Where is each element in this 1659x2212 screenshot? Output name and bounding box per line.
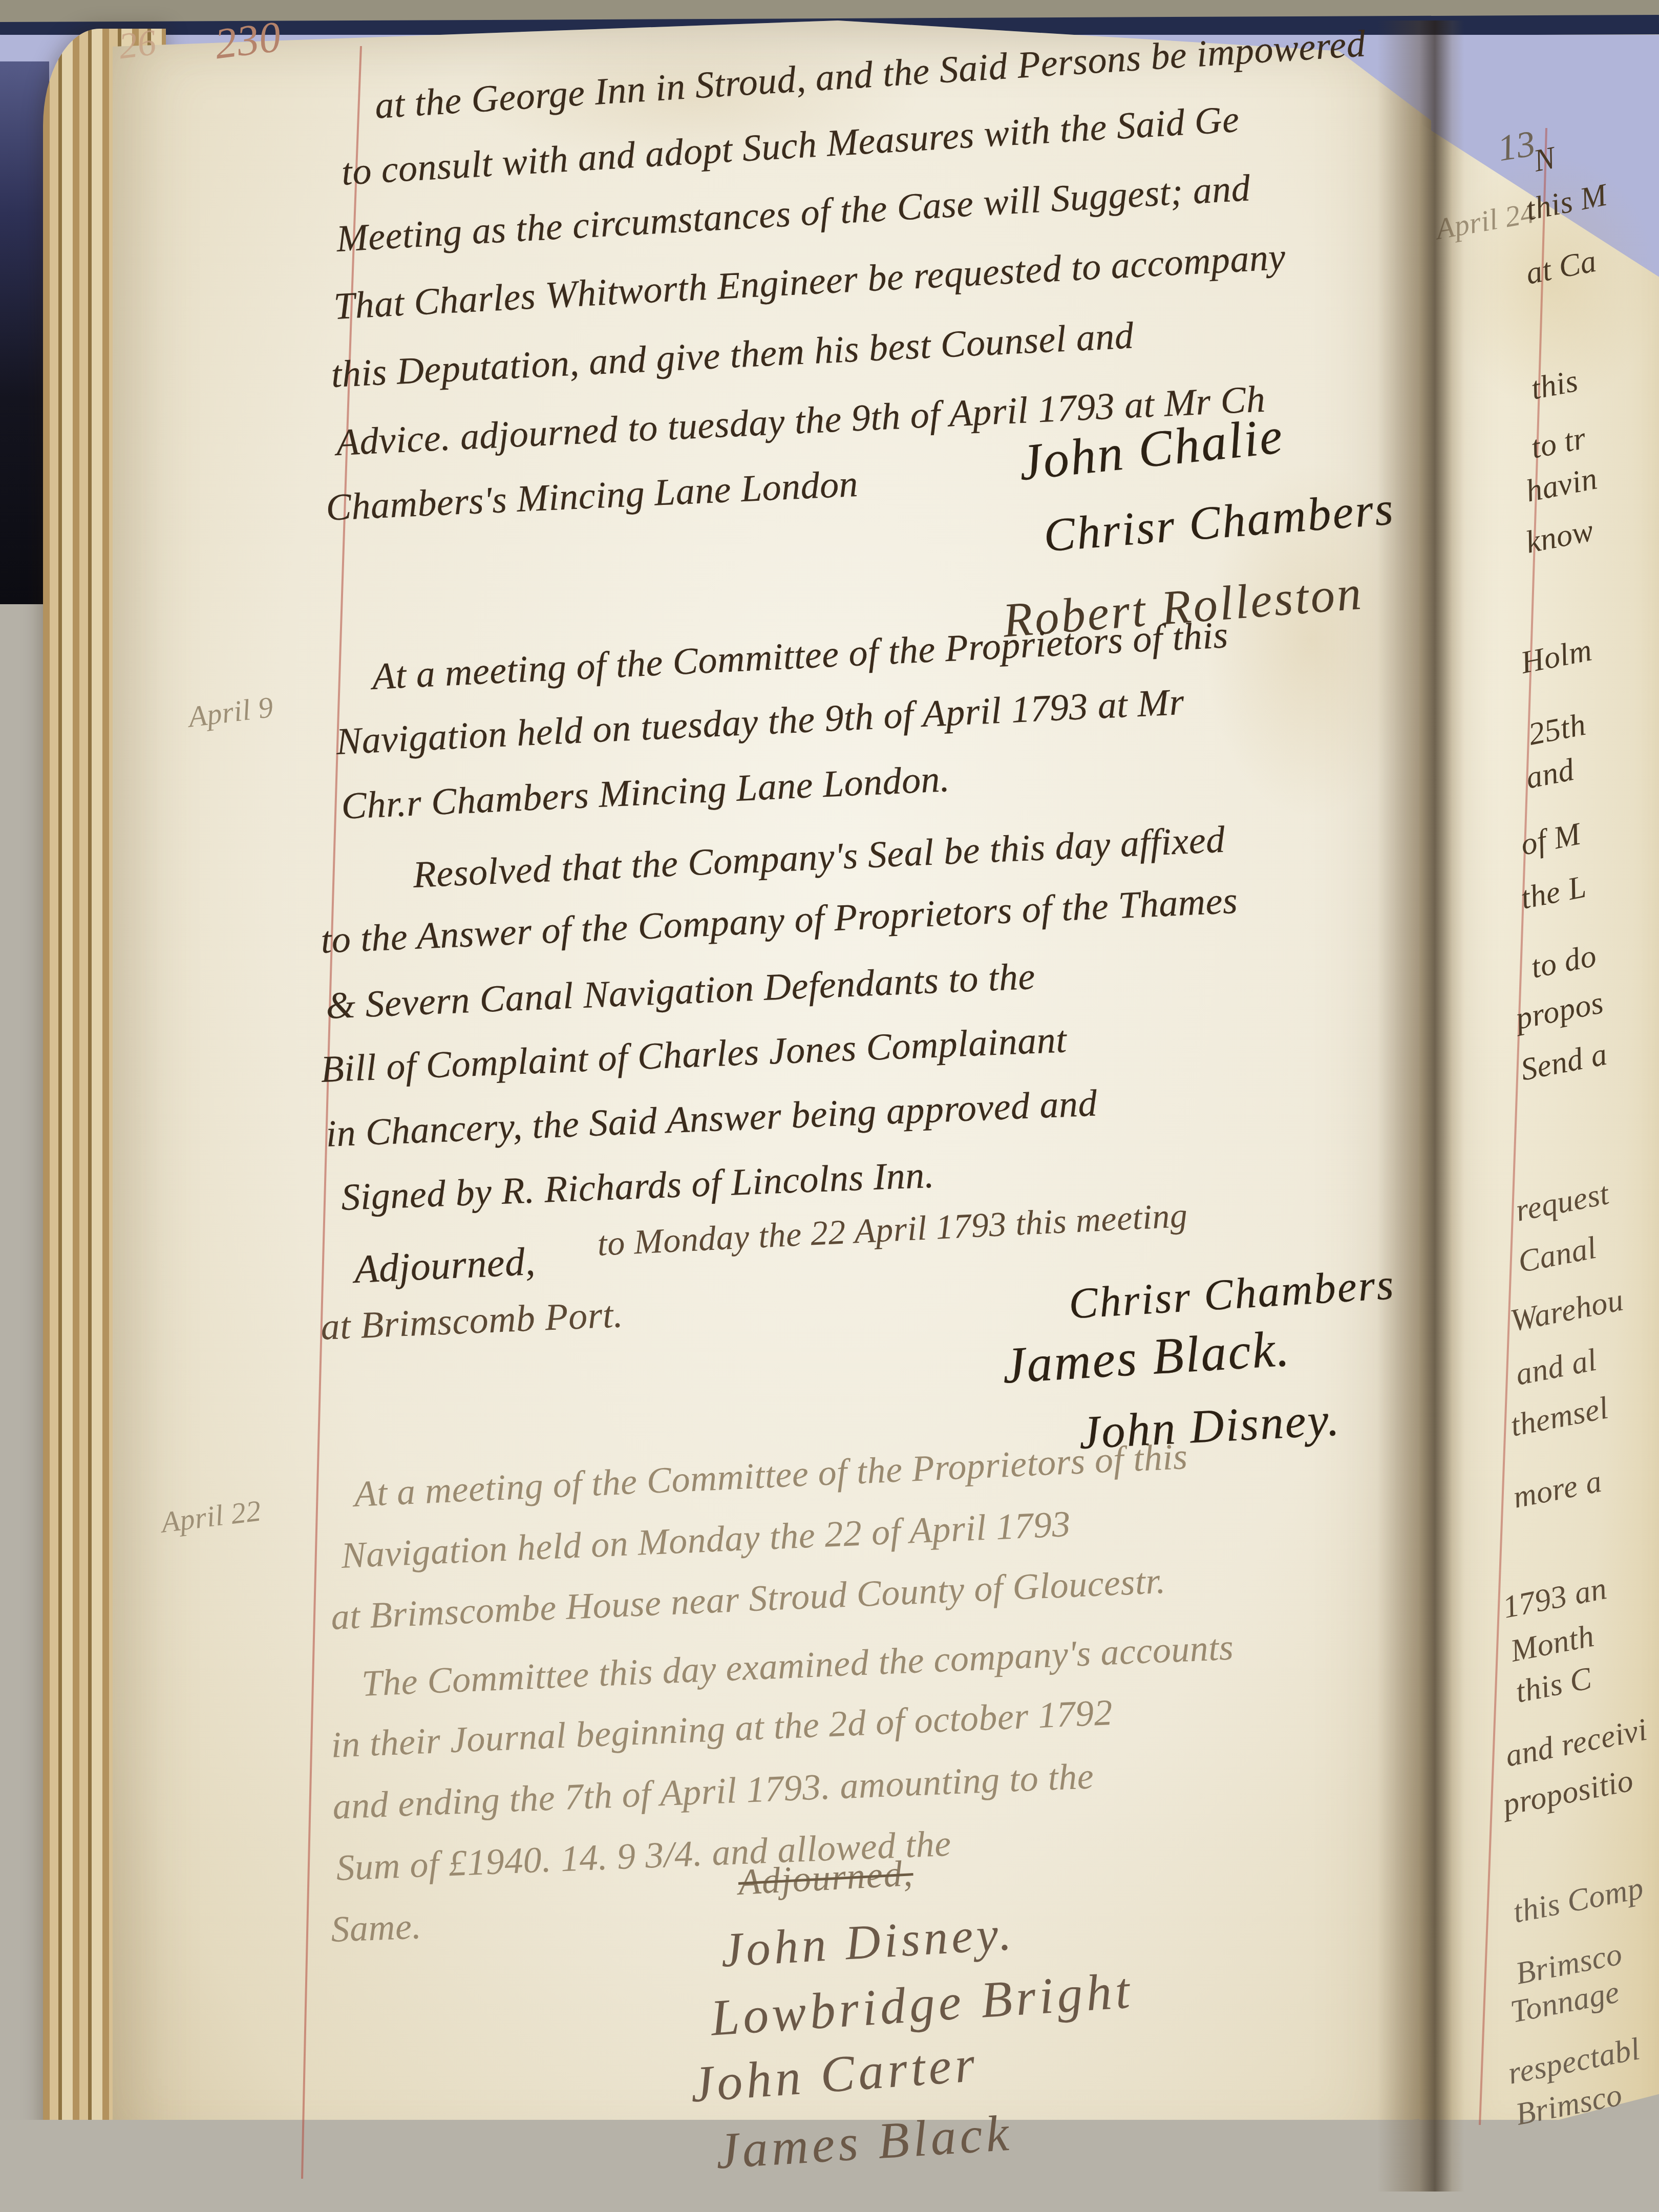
right-page-text: 13April 24Nthis Mat Cathisto trhavinknow… <box>0 0 1659 2212</box>
right-page-fragment: this C <box>1513 1662 1594 1708</box>
right-page-fragment: Holm <box>1518 634 1594 679</box>
right-page-fragment: to tr <box>1528 422 1588 463</box>
right-page-fragment: respectabl <box>1505 2033 1643 2090</box>
right-page-fragment: more a <box>1511 1465 1604 1514</box>
right-page-fragment: propositio <box>1500 1764 1636 1821</box>
right-page-fragment: and al <box>1513 1344 1600 1391</box>
margin-date: April 24 <box>1434 198 1538 244</box>
right-page-fragment: the L <box>1518 871 1589 914</box>
right-page-fragment: Month <box>1508 1620 1597 1667</box>
right-page-fragment: N <box>1531 142 1558 177</box>
right-page-fragment: this <box>1528 365 1581 405</box>
right-page-fragment: this Comp <box>1511 1872 1646 1928</box>
right-page-fragment: havin <box>1523 462 1600 507</box>
right-page-fragment: propos <box>1513 987 1606 1035</box>
right-page-fragment: 25th <box>1526 709 1588 751</box>
right-page-fragment: of M <box>1518 818 1583 861</box>
right-page-fragment: Warehou <box>1508 1284 1626 1336</box>
right-page-fragment: know <box>1523 515 1596 559</box>
right-page-fragment: 1793 an <box>1500 1572 1609 1624</box>
right-page-fragment: to do <box>1528 940 1599 984</box>
right-page-fragment: at Ca <box>1523 245 1599 290</box>
photo-open-minute-book: at the George Inn in Stroud, and the Sai… <box>0 0 1659 2212</box>
right-page-fragment: themsel <box>1508 1392 1611 1442</box>
right-page-fragment: this M <box>1523 179 1610 226</box>
right-page-fragment: Canal <box>1516 1232 1599 1278</box>
right-page-fragment: and <box>1523 754 1577 794</box>
right-page-fragment: Send a <box>1518 1038 1610 1086</box>
right-page-fragment: request <box>1513 1178 1611 1227</box>
